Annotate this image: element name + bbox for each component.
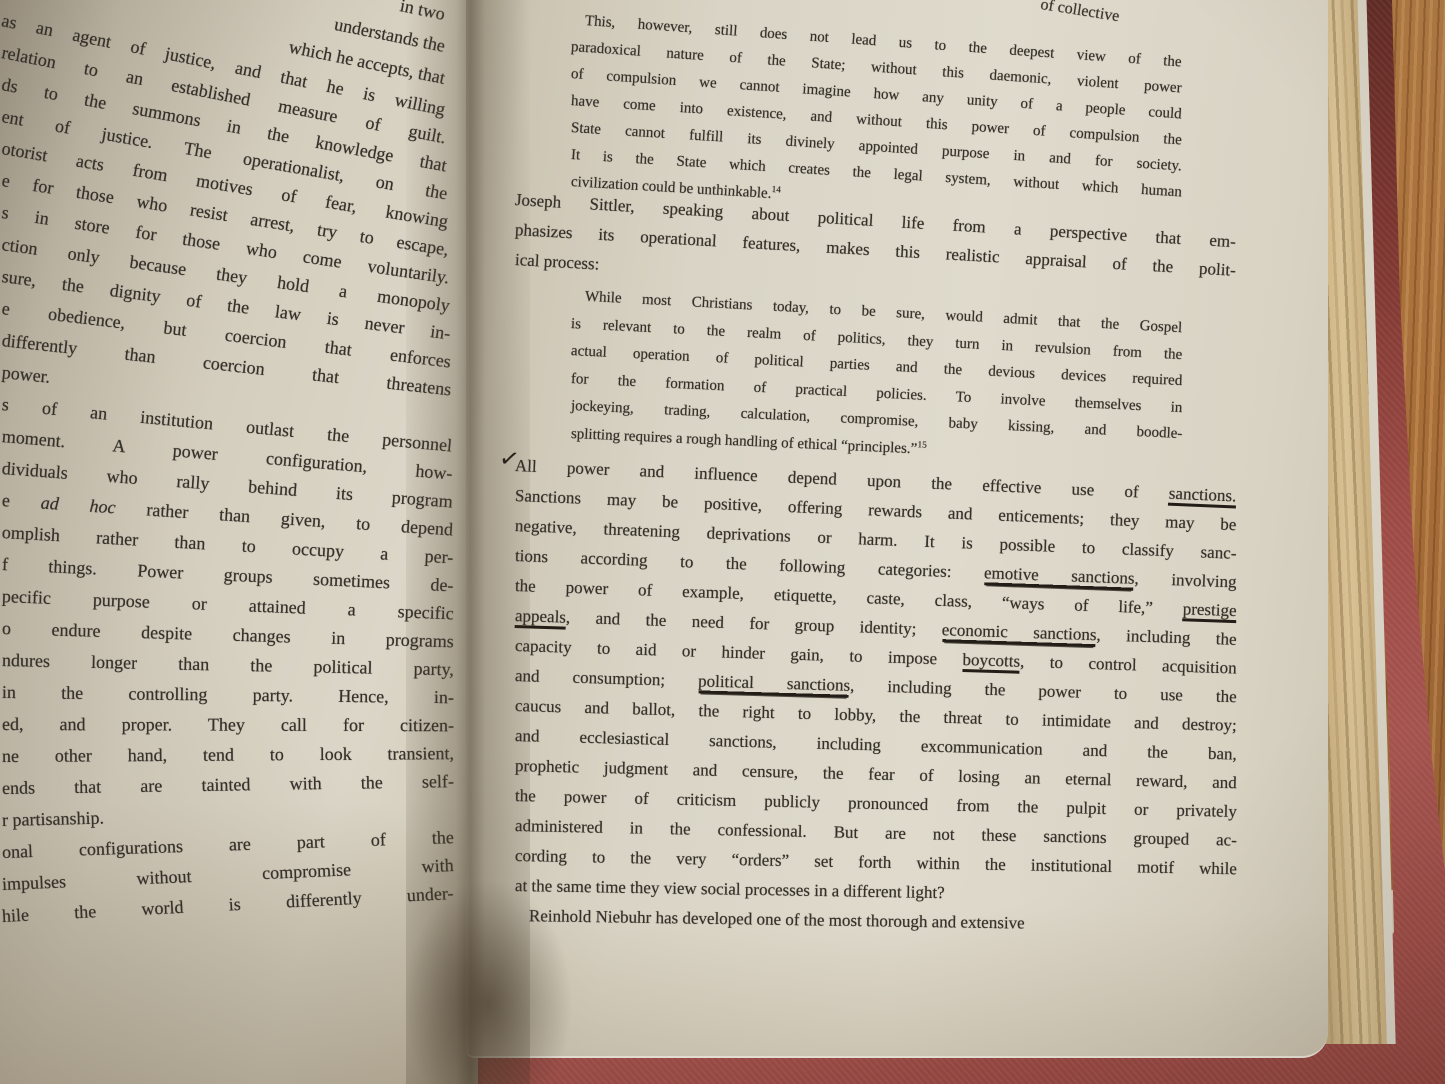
pen-underlined-text: political sanctions: [698, 671, 851, 694]
pen-underlined-text: emotive sanctions: [984, 563, 1135, 588]
text-line: in the controlling party. Hence, in-: [2, 677, 454, 712]
pen-underlined-text: appeals: [515, 606, 567, 630]
text-line: ne other hand, tend to look transient,: [2, 738, 454, 771]
text-line: ed, and proper. They call for citizen-: [2, 709, 454, 740]
pen-underlined-text: boycotts: [962, 650, 1020, 674]
pen-underlined-text: sanctions.: [1168, 484, 1236, 509]
book-photo: in twounderstands thewhich he accepts, t…: [0, 0, 1445, 1084]
pen-underlined-text: prestige: [1182, 599, 1237, 623]
pen-underlined-text: economic sanctions: [941, 620, 1096, 644]
